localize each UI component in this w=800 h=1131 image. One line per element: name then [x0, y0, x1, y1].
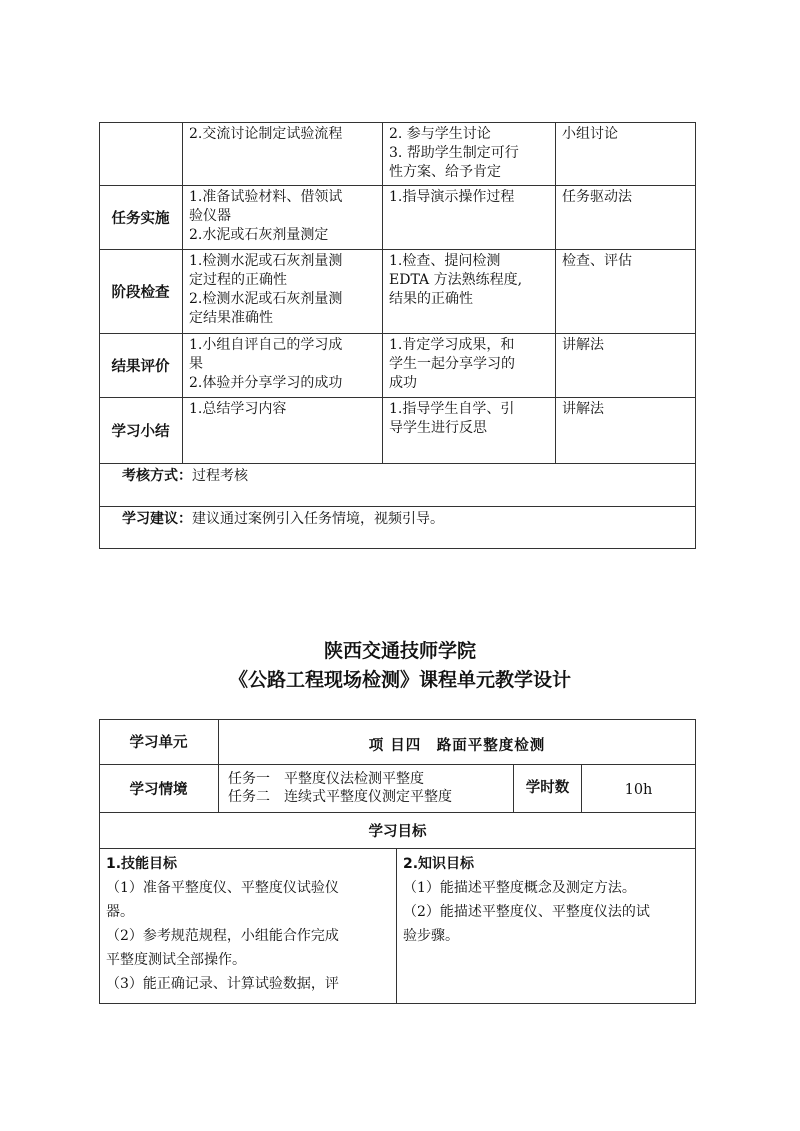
- stage-label: 阶段检查: [99, 249, 182, 333]
- assessment-label: 考核方式：: [122, 468, 192, 484]
- teacher-activity: 1.检查、提问检测 EDTA 方法熟练程度, 结果的正确性: [383, 250, 555, 311]
- teaching-method: 讲解法: [556, 334, 695, 357]
- text-line: 讲解法: [562, 400, 689, 419]
- teaching-method: 任务驱动法: [556, 186, 695, 209]
- text-line: 2.检测水泥或石灰剂量测: [189, 290, 376, 309]
- student-activity: 1.检测水泥或石灰剂量测 定过程的正确性 2.检测水泥或石灰剂量测 定结果准确性: [183, 250, 382, 330]
- student-activity: 1.小组自评自己的学习成 果 2.体验并分享学习的成功: [183, 334, 382, 395]
- text-line: 2. 参与学生讨论: [389, 125, 549, 144]
- suggestion-value: 建议通过案例引入任务情境，视频引导。: [192, 511, 444, 527]
- task-line: 任务一 平整度仪法检测平整度: [228, 770, 507, 788]
- row-divider: [99, 463, 696, 464]
- student-activity: 1.总结学习内容: [183, 398, 382, 421]
- text-line: 定结果准确性: [189, 309, 376, 328]
- text-line: 1.指导演示操作过程: [389, 188, 549, 207]
- stage-label: 结果评价: [99, 333, 182, 397]
- text-line: 导学生进行反思: [389, 419, 549, 438]
- objectives-label: 学习目标: [99, 812, 696, 848]
- text-line: 2.水泥或石灰剂量测定: [189, 226, 376, 245]
- text-line: 讲解法: [562, 336, 689, 355]
- text-line: 器。: [106, 900, 390, 924]
- teaching-method: 讲解法: [556, 398, 695, 421]
- stage-label: 学习小结: [99, 397, 182, 463]
- text-line: 性方案、给予肯定: [389, 163, 549, 182]
- table-border: [99, 548, 696, 549]
- text-line: 1.准备试验材料、借领试: [189, 188, 376, 207]
- text-line: （1）准备平整度仪、平整度仪试验仪: [106, 876, 390, 900]
- text-line: 3. 帮助学生制定可行: [389, 144, 549, 163]
- text-line: 果: [189, 355, 376, 374]
- text-line: 平整度测试全部操作。: [106, 948, 390, 972]
- text-line: EDTA 方法熟练程度,: [389, 271, 549, 290]
- task-line: 任务二 连续式平整度仪测定平整度: [228, 788, 507, 806]
- hours-label: 学时数: [514, 764, 581, 808]
- student-activity: 2.交流讨论制定试验流程: [183, 123, 382, 146]
- assessment-row: 考核方式：过程考核: [100, 465, 695, 488]
- row-divider: [99, 506, 696, 507]
- text-line: 成功: [389, 374, 549, 393]
- text-line: 2.交流讨论制定试验流程: [189, 125, 376, 144]
- teaching-method: 小组讨论: [556, 123, 695, 146]
- text-line: 1.肯定学习成果，和: [389, 336, 549, 355]
- suggestion-row: 学习建议：建议通过案例引入任务情境，视频引导。: [100, 508, 695, 531]
- skill-objectives: 1.技能目标 （1）准备平整度仪、平整度仪试验仪 器。 （2）参考规范规程，小组…: [100, 850, 396, 998]
- unit-label: 学习单元: [99, 719, 218, 764]
- text-line: 任务驱动法: [562, 188, 689, 207]
- suggestion-label: 学习建议：: [122, 511, 192, 527]
- course-design-title: 《公路工程现场检测》课程单元教学设计: [0, 665, 800, 692]
- text-line: 检查、评估: [562, 252, 689, 271]
- text-line: （1）能描述平整度概念及测定方法。: [403, 876, 689, 900]
- assessment-value: 过程考核: [192, 468, 248, 484]
- text-line: 结果的正确性: [389, 290, 549, 309]
- row-divider: [99, 848, 696, 849]
- teacher-activity: 1.指导演示操作过程: [383, 186, 555, 209]
- context-value: 任务一 平整度仪法检测平整度 任务二 连续式平整度仪测定平整度: [219, 768, 513, 808]
- text-line: 1.小组自评自己的学习成: [189, 336, 376, 355]
- text-line: 验仪器: [189, 207, 376, 226]
- text-line: 2.体验并分享学习的成功: [189, 374, 376, 393]
- hours-value: 10h: [582, 766, 695, 814]
- table-border: [695, 719, 696, 1004]
- student-activity: 1.准备试验材料、借领试 验仪器 2.水泥或石灰剂量测定: [183, 186, 382, 247]
- text-line: （2）参考规范规程，小组能合作完成: [106, 924, 390, 948]
- text-line: 定过程的正确性: [189, 271, 376, 290]
- knowledge-objectives-title: 2.知识目标: [403, 852, 689, 876]
- table-border: [695, 122, 696, 549]
- text-line: 1.检查、提问检测: [389, 252, 549, 271]
- table-border: [99, 1003, 696, 1004]
- text-line: 学生一起分享学习的: [389, 355, 549, 374]
- text-line: （3）能正确记录、计算试验数据，评: [106, 972, 390, 996]
- teacher-activity: 1.指导学生自学、引 导学生进行反思: [383, 398, 555, 440]
- skill-objectives-title: 1.技能目标: [106, 852, 390, 876]
- text-line: 1.检测水泥或石灰剂量测: [189, 252, 376, 271]
- teaching-method: 检查、评估: [556, 250, 695, 273]
- context-label: 学习情境: [99, 764, 218, 812]
- teacher-activity: 2. 参与学生讨论 3. 帮助学生制定可行 性方案、给予肯定: [383, 123, 555, 184]
- text-line: （2）能描述平整度仪、平整度仪法的试: [403, 900, 689, 924]
- text-line: 验步骤。: [403, 924, 689, 948]
- knowledge-objectives: 2.知识目标 （1）能描述平整度概念及测定方法。 （2）能描述平整度仪、平整度仪…: [397, 850, 695, 950]
- text-line: 1.指导学生自学、引: [389, 400, 549, 419]
- teacher-activity: 1.肯定学习成果，和 学生一起分享学习的 成功: [383, 334, 555, 395]
- stage-label: 任务实施: [99, 185, 182, 249]
- unit-value: 项 目四 路面平整度检测: [219, 722, 695, 767]
- text-line: 1.总结学习内容: [189, 400, 376, 419]
- text-line: 小组讨论: [562, 125, 689, 144]
- stage-label: [99, 122, 182, 185]
- school-name: 陕西交通技师学院: [0, 636, 800, 663]
